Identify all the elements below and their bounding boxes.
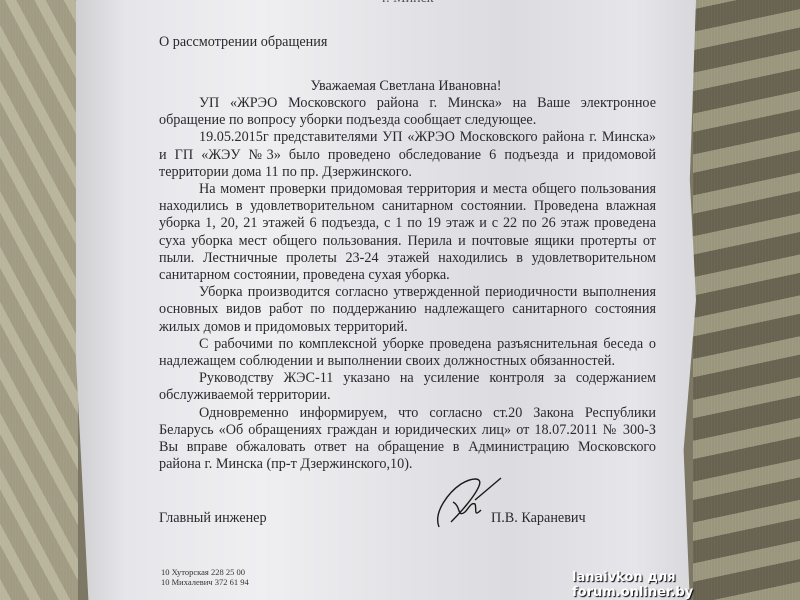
watermark: lanaivkon для forum.onliner.by xyxy=(572,570,800,600)
footer-line: 10 Михалевич 372 61 94 xyxy=(161,577,249,587)
paragraph: Уборка производится согласно утвержденно… xyxy=(159,284,656,336)
paragraph: УП «ЖРЭО Московского района г. Минска» н… xyxy=(159,95,656,129)
fabric-background-right xyxy=(693,0,800,600)
city-line: г. Минск xyxy=(382,0,434,7)
footer-line: 10 Хуторская 228 25 00 xyxy=(161,567,249,577)
letter-subject: О рассмотрении обращения xyxy=(159,34,327,51)
paragraph: На момент проверки придомовая территория… xyxy=(159,181,656,284)
signatory-name: П.В. Караневич xyxy=(491,510,586,527)
signatory-title: Главный инженер xyxy=(159,510,267,527)
paragraph: Руководству ЖЭС-11 указано на усиление к… xyxy=(159,370,656,404)
paragraph: Одновременно информируем, что согласно с… xyxy=(159,405,656,474)
letter-greeting: Уважаемая Светлана Ивановна! xyxy=(157,78,655,95)
fabric-background-left xyxy=(0,0,78,600)
paragraph: С рабочими по комплексной уборке проведе… xyxy=(159,336,656,370)
paragraph: 19.05.2015г представителями УП «ЖРЭО Мос… xyxy=(159,129,656,181)
letter-body: УП «ЖРЭО Московского района г. Минска» н… xyxy=(159,95,656,473)
footer-contacts: 10 Хуторская 228 25 00 10 Михалевич 372 … xyxy=(161,567,249,587)
